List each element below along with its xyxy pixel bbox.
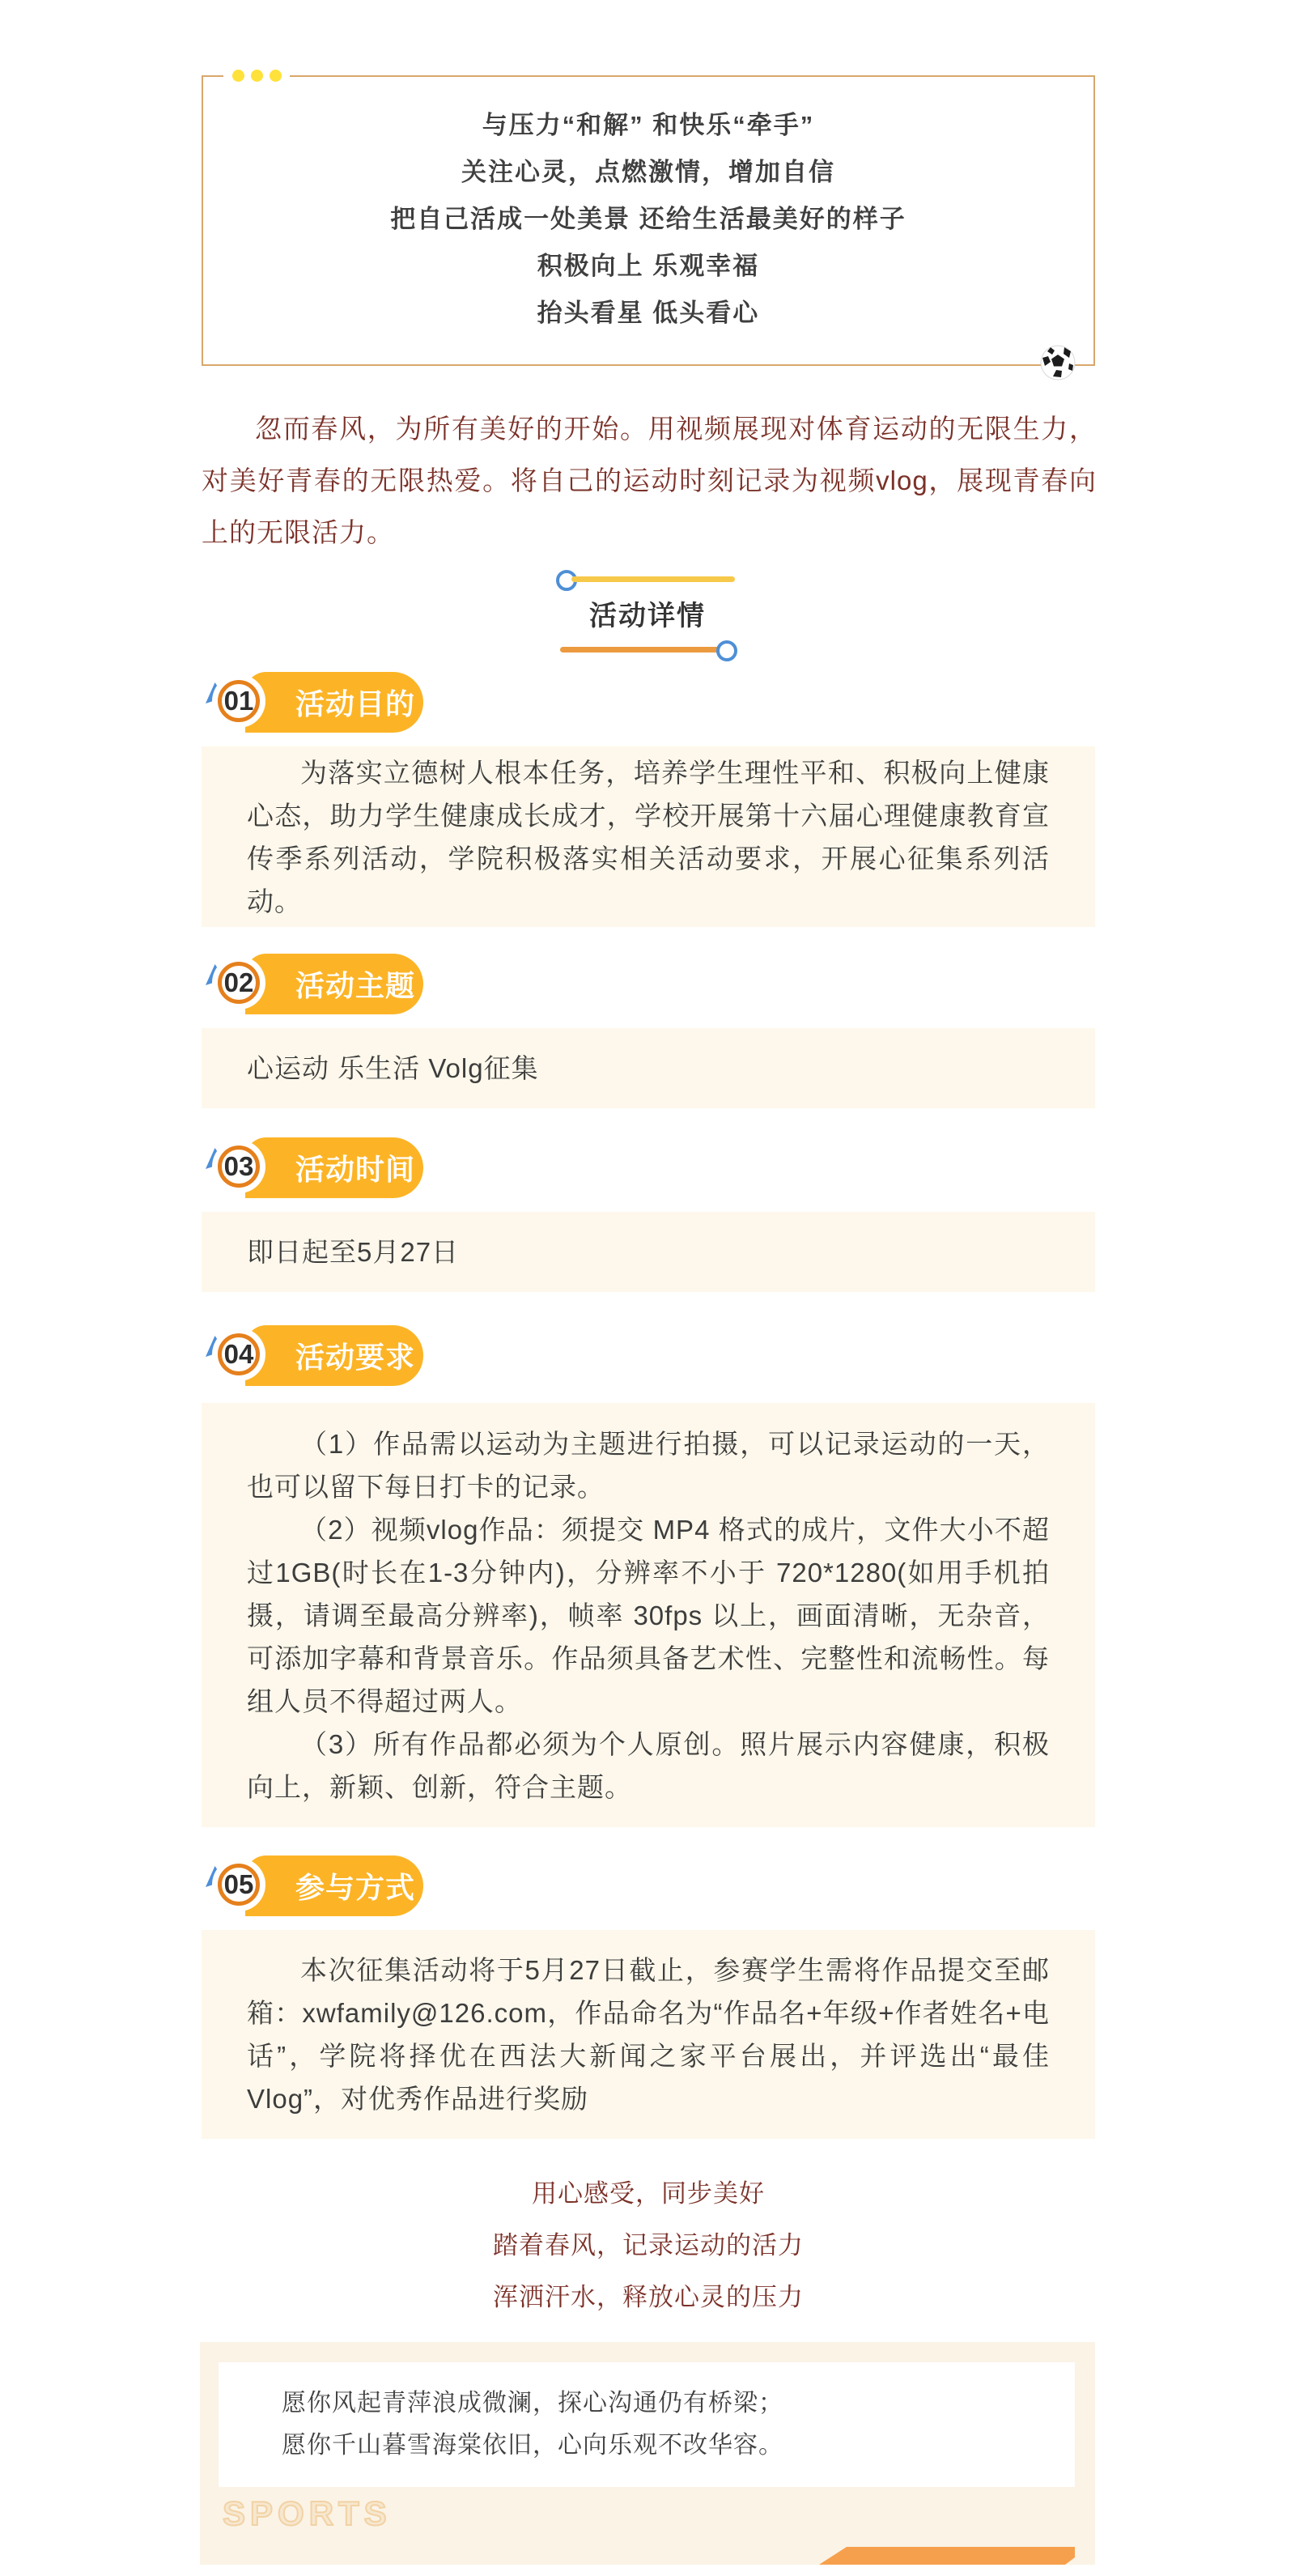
section-badge-02: 活动主题 02 (207, 954, 442, 1020)
section-content-05: 本次征集活动将于5月27日截止，参赛学生需将作品提交至邮箱：xwfamily@1… (202, 1930, 1095, 2139)
divider-top-line (571, 576, 735, 582)
closing-lines: 用心感受，同步美好 踏着春风，记录运动的活力 浑洒汗水，释放心灵的压力 (202, 2168, 1095, 2323)
badge-number-ring: 05 (218, 1864, 260, 1906)
badge-title: 活动时间 (295, 1147, 415, 1188)
badge-title: 参与方式 (295, 1865, 415, 1906)
section-badge-05: 参与方式 05 (207, 1855, 442, 1922)
wish-line: 愿你风起青萍浪成微澜，探心沟通仍有桥梁； (282, 2383, 1075, 2425)
section-paragraph: 心运动 乐生活 Volg征集 (247, 1047, 1050, 1090)
top-slogan-line: 关注心灵，点燃激情，增加自信 (202, 149, 1095, 196)
wish-inner-box: 愿你风起青萍浪成微澜，探心沟通仍有桥梁； 愿你千山暮雪海棠依旧，心向乐观不改华容… (219, 2362, 1075, 2487)
badge-number: 01 (224, 686, 254, 716)
top-slogan-line: 把自己活成一处美景 还给生活最美好的样子 (202, 196, 1095, 243)
detail-header-title: 活动详情 (0, 593, 1295, 633)
section-content-02: 心运动 乐生活 Volg征集 (202, 1028, 1095, 1108)
bottom-wish-box: 愿你风起青萍浪成微澜，探心沟通仍有桥梁； 愿你千山暮雪海棠依旧，心向乐观不改华容… (200, 2342, 1095, 2565)
sports-watermark: SPORTS (223, 2494, 392, 2533)
section-content-04: （1）作品需以运动为主题进行拍摄，可以记录运动的一天，也可以留下每日打卡的记录。… (202, 1403, 1095, 1827)
dot-icon (270, 70, 282, 82)
wish-line: 愿你千山暮雪海棠依旧，心向乐观不改华容。 (282, 2425, 1075, 2467)
section-content-01: 为落实立德树人根本任务，培养学生理性平和、积极向上健康心态，助力学生健康成长成才… (202, 746, 1095, 927)
section-badge-03: 活动时间 03 (207, 1137, 442, 1204)
badge-number: 02 (224, 967, 254, 998)
section-paragraph: （2）视频vlog作品：须提交 MP4 格式的成片，文件大小不超过1GB(时长在… (247, 1508, 1050, 1723)
divider-circle-right (716, 640, 737, 661)
top-slogan-line: 积极向上 乐观幸福 (202, 243, 1095, 290)
section-paragraph: （3）所有作品都必须为个人原创。照片展示内容健康，积极向上，新颖、创新，符合主题… (247, 1723, 1050, 1809)
badge-number: 05 (224, 1869, 254, 1900)
badge-number: 03 (224, 1151, 254, 1182)
closing-line: 浑洒汗水，释放心灵的压力 (202, 2272, 1095, 2323)
badge-title: 活动目的 (295, 682, 415, 723)
intro-paragraph: 忽而春风，为所有美好的开始。用视频展现对体育运动的无限生力，对美好青春的无限热爱… (202, 403, 1097, 559)
badge-number: 04 (224, 1339, 254, 1370)
article-page: 与压力“和解” 和快乐“牵手” 关注心灵，点燃激情，增加自信 把自己活成一处美景… (0, 0, 1295, 2576)
closing-line: 用心感受，同步美好 (202, 2168, 1095, 2220)
soccer-ball-icon (1040, 345, 1076, 380)
section-badge-01: 活动目的 01 (207, 672, 442, 738)
badge-pill: 活动目的 (245, 672, 423, 733)
decor-dots (223, 69, 290, 83)
badge-number-ring: 02 (218, 962, 260, 1004)
top-slogan-line: 抬头看星 低头看心 (202, 290, 1095, 337)
section-paragraph: （1）作品需以运动为主题进行拍摄，可以记录运动的一天，也可以留下每日打卡的记录。 (247, 1422, 1050, 1508)
section-paragraph: 本次征集活动将于5月27日截止，参赛学生需将作品提交至邮箱：xwfamily@1… (247, 1949, 1050, 2120)
closing-line: 踏着春风，记录运动的活力 (202, 2220, 1095, 2272)
dot-icon (232, 70, 244, 82)
badge-title: 活动要求 (295, 1335, 415, 1376)
section-paragraph: 即日起至5月27日 (247, 1231, 1050, 1273)
top-slogan-block: 与压力“和解” 和快乐“牵手” 关注心灵，点燃激情，增加自信 把自己活成一处美景… (202, 102, 1095, 337)
badge-number-ring: 03 (218, 1146, 260, 1188)
divider-bottom-line (560, 647, 724, 653)
badge-pill: 活动要求 (245, 1325, 423, 1386)
badge-pill: 活动时间 (245, 1137, 423, 1198)
section-paragraph: 为落实立德树人根本任务，培养学生理性平和、积极向上健康心态，助力学生健康成长成才… (247, 751, 1050, 923)
badge-number-ring: 01 (218, 680, 260, 722)
badge-title: 活动主题 (295, 963, 415, 1005)
badge-number-ring: 04 (218, 1333, 260, 1375)
badge-pill: 活动主题 (245, 954, 423, 1014)
bottom-accent-bar (819, 2547, 1075, 2565)
dot-icon (251, 70, 263, 82)
top-slogan-line: 与压力“和解” 和快乐“牵手” (202, 102, 1095, 149)
section-content-03: 即日起至5月27日 (202, 1212, 1095, 1292)
badge-pill: 参与方式 (245, 1855, 423, 1916)
section-badge-04: 活动要求 04 (207, 1325, 442, 1392)
